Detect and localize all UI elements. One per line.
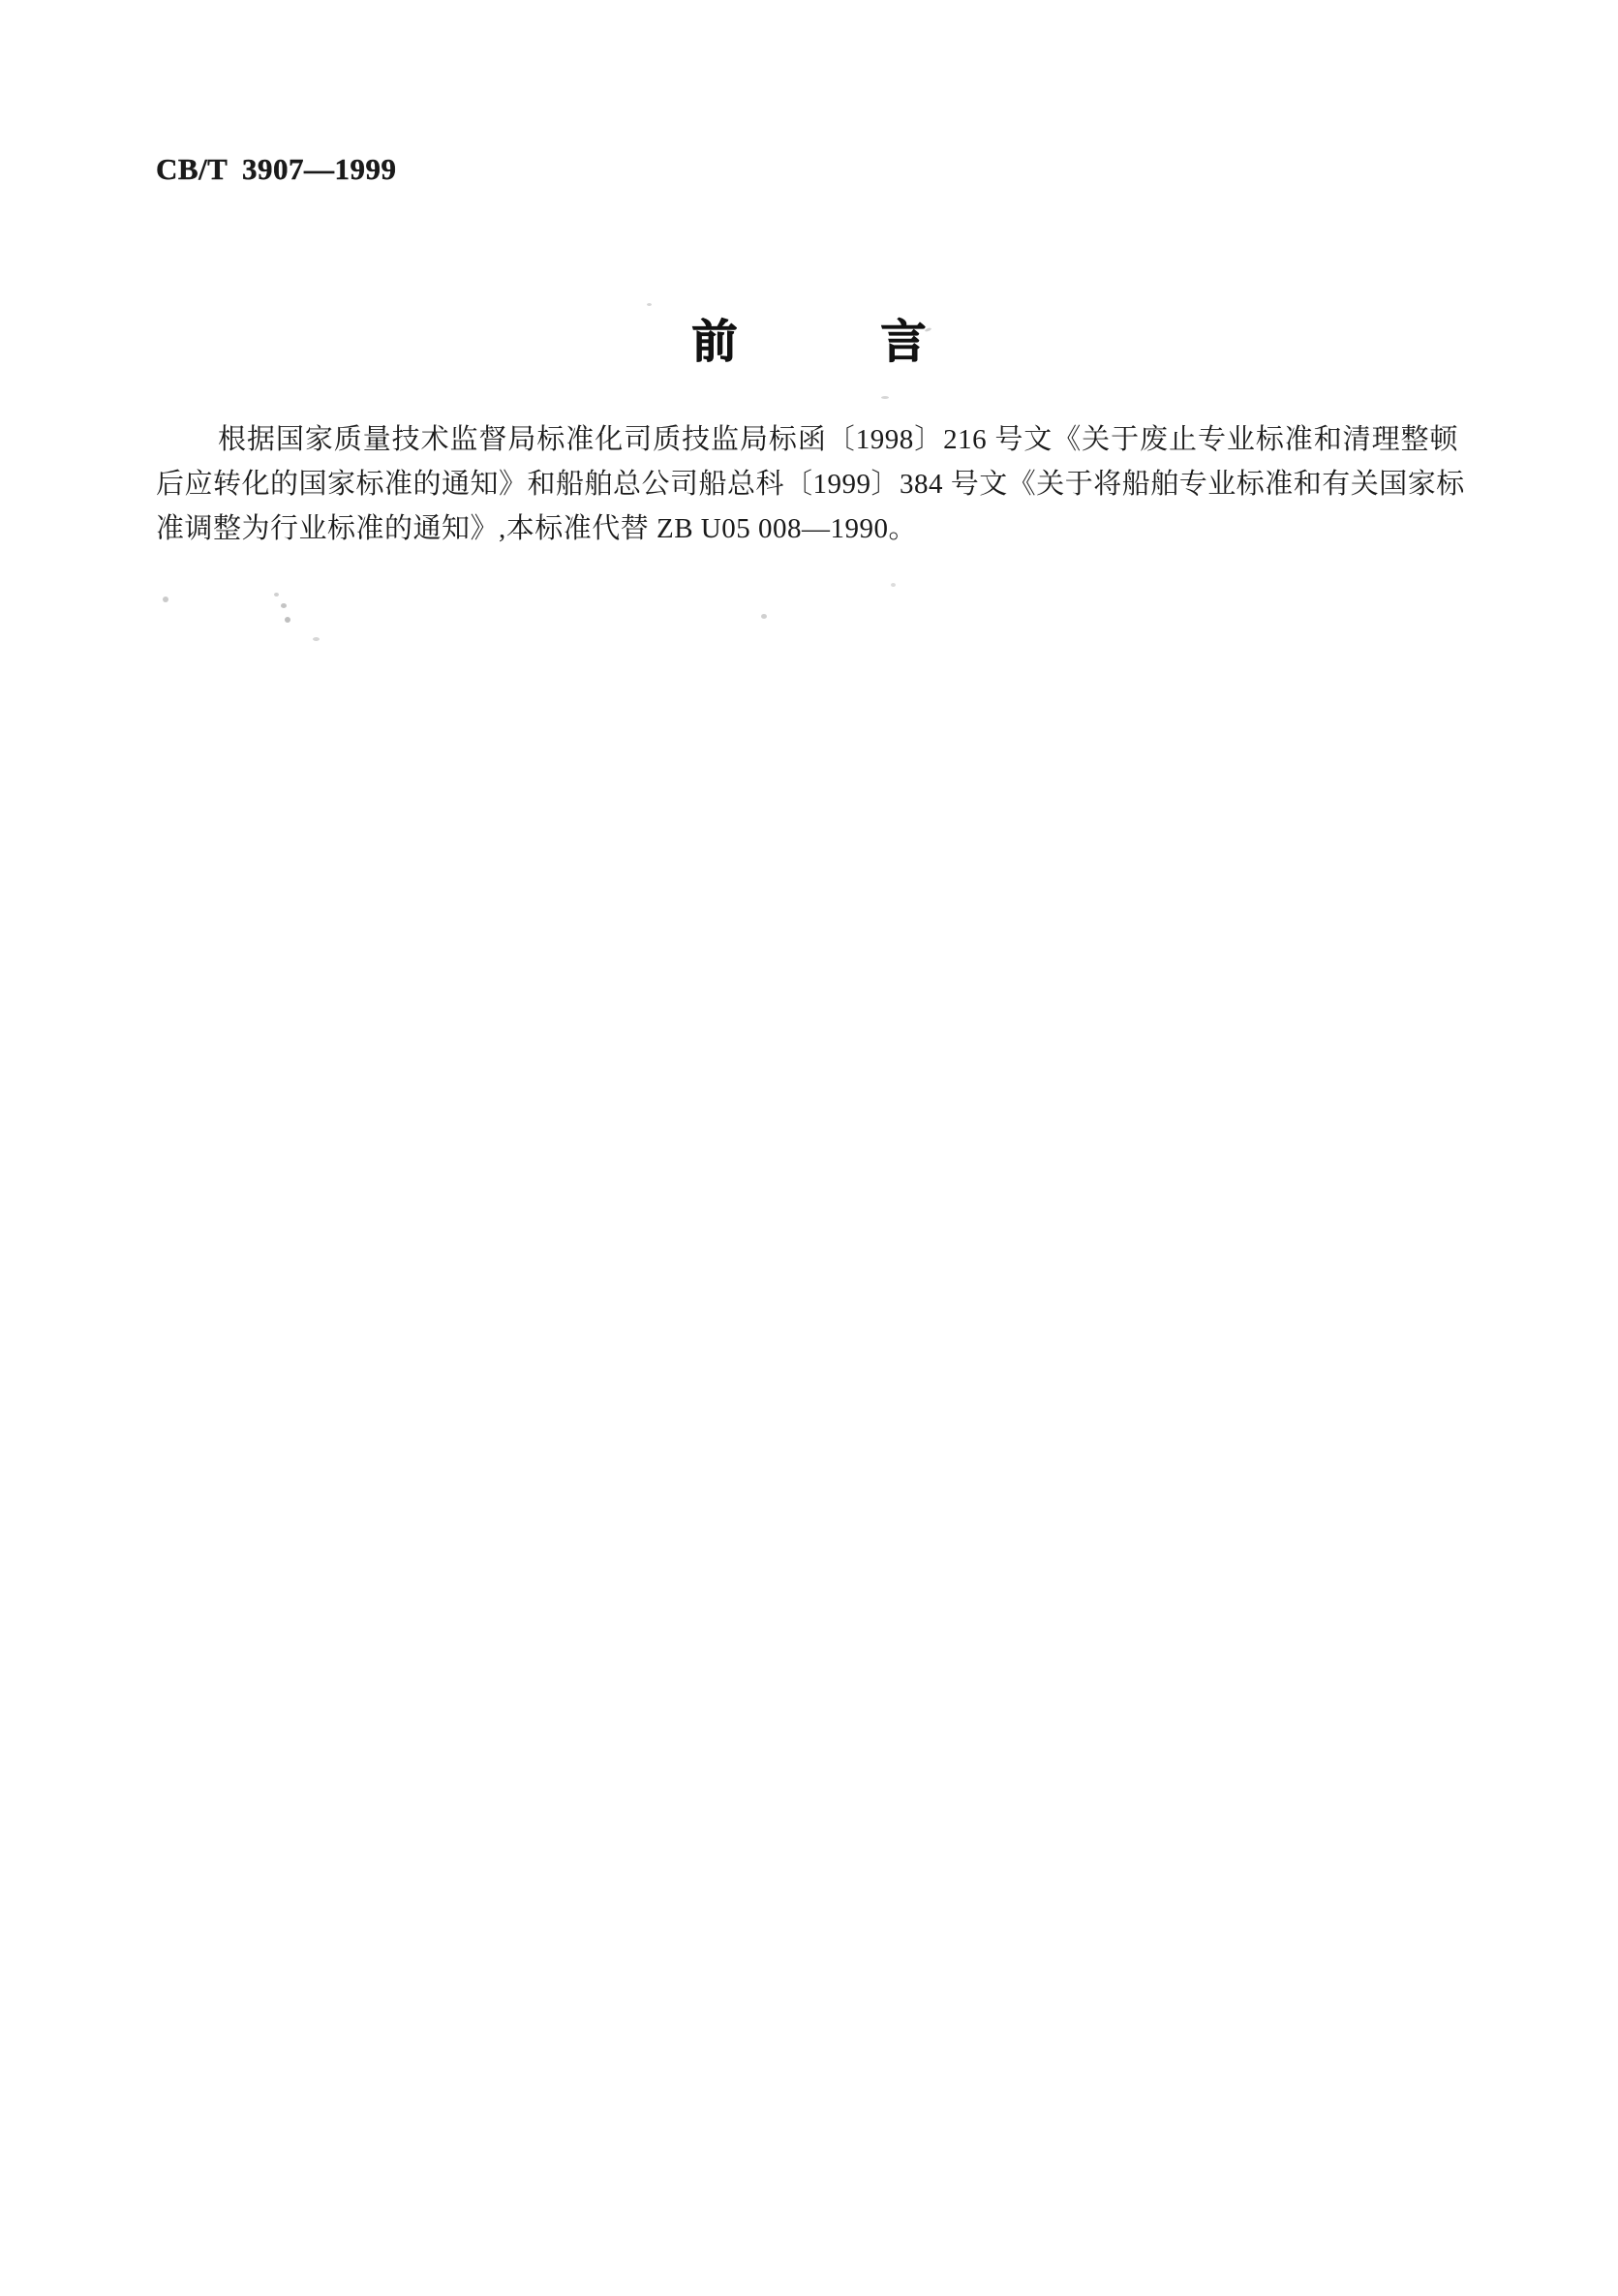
scan-artifact xyxy=(761,614,767,619)
foreword-title-char-1: 前 xyxy=(692,317,738,367)
scan-artifact xyxy=(647,303,652,306)
scan-artifact xyxy=(285,617,290,623)
scan-artifact xyxy=(881,396,889,399)
scan-artifact xyxy=(163,597,168,602)
scan-artifact xyxy=(891,583,896,587)
foreword-line-1: 根据国家质量技术监督局标准化司质技监局标函〔1998〕216 号文《关于废止专业… xyxy=(156,417,1458,462)
standard-code: CB/T 3907—1999 xyxy=(156,152,397,187)
document-page: CB/T 3907—1999 前 言 根据国家质量技术监督局标准化司质技监局标函… xyxy=(0,0,1618,2296)
foreword-line-3: 准调整为行业标准的通知》,本标准代替 ZB U05 008—1990。 xyxy=(156,506,1458,551)
foreword-title-char-2: 言 xyxy=(881,317,927,367)
foreword-paragraph: 根据国家质量技术监督局标准化司质技监局标函〔1998〕216 号文《关于废止专业… xyxy=(156,417,1458,551)
foreword-title: 前 言 xyxy=(0,317,1618,367)
foreword-line-2: 后应转化的国家标准的通知》和船舶总公司船总科〔1999〕384 号文《关于将船舶… xyxy=(156,462,1458,506)
scan-artifact xyxy=(274,593,279,597)
scan-artifact xyxy=(313,637,320,641)
scan-artifact xyxy=(281,603,287,608)
